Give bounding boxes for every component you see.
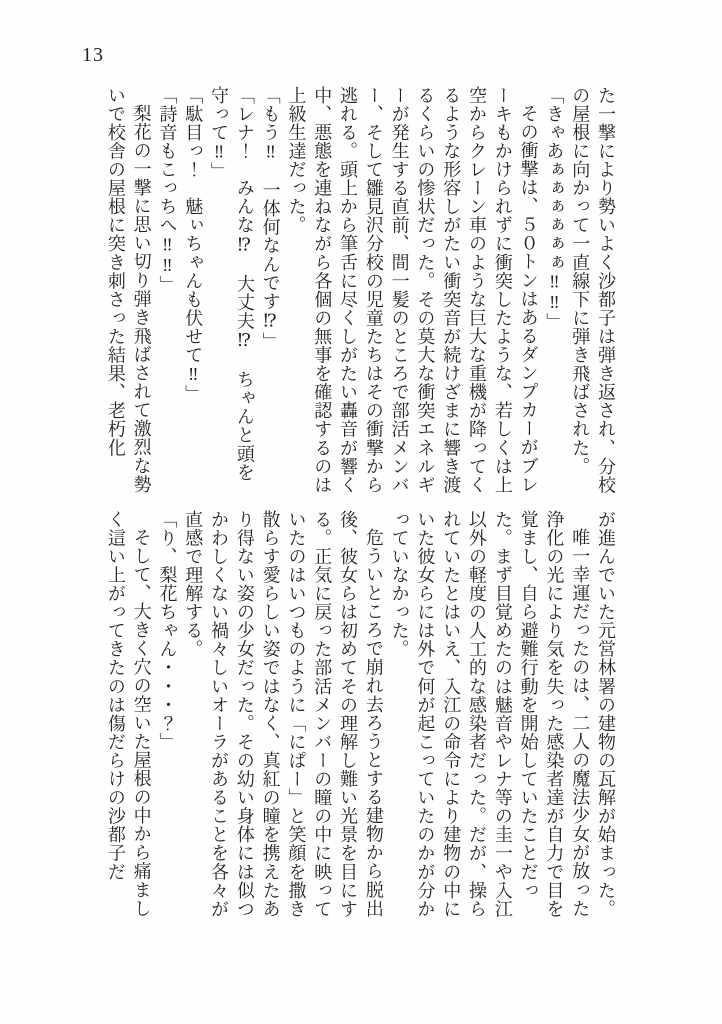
- paragraph: 「駄目っ！ 魅ぃちゃんも伏せて‼」: [179, 86, 205, 500]
- paragraph: 「レナ！ みんな⁉ 大丈夫⁉ ちゃんと頭を守って‼」: [205, 86, 257, 500]
- paragraph: 「り、梨花ちゃん・・・？」: [154, 510, 180, 924]
- paragraph: そして、大きく穴の空いた屋根の中から痛ましく這い上がってきたのは傷だらけの沙都子…: [102, 510, 154, 924]
- paragraph: その衝撃は、５０トンはあるダンプカーがブレーキもかけられずに衝突したような、若し…: [283, 86, 541, 500]
- text-block-top: た一撃により勢いよく沙都子は弾き返され、分校の屋根に向かって一直線下に弾き飛ばさ…: [102, 86, 618, 500]
- page-number: 13: [82, 44, 104, 67]
- paragraph: 「きゃあぁぁぁぁぁぁ‼‼」: [541, 86, 567, 500]
- paragraph: 「詩音もこっちへ‼‼」: [154, 86, 180, 500]
- paragraph: 唯一幸運だったのは、二人の魔法少女が放った浄化の光により気を失った感染者達が自力…: [386, 510, 592, 924]
- text-block-bottom: が進んでいた元営林署の建物の瓦解が始まった。唯一幸運だったのは、二人の魔法少女が…: [102, 510, 618, 924]
- paragraph: 梨花の一撃に思い切り弾き飛ばされて激烈な勢いで校舎の屋根に突き刺さった結果、老朽…: [102, 86, 154, 500]
- paragraph: た一撃により勢いよく沙都子は弾き返され、分校の屋根に向かって一直線下に弾き飛ばさ…: [566, 86, 618, 500]
- paragraph: 「もう‼ 一体何なんです⁉」: [257, 86, 283, 500]
- book-page: 13 た一撃により勢いよく沙都子は弾き返され、分校の屋根に向かって一直線下に弾き…: [0, 0, 722, 1024]
- paragraph: が進んでいた元営林署の建物の瓦解が始まった。: [592, 510, 618, 924]
- paragraph: 危ういところで崩れ去ろうとする建物から脱出後、彼女らは初めてその理解し難い光景を…: [179, 510, 385, 924]
